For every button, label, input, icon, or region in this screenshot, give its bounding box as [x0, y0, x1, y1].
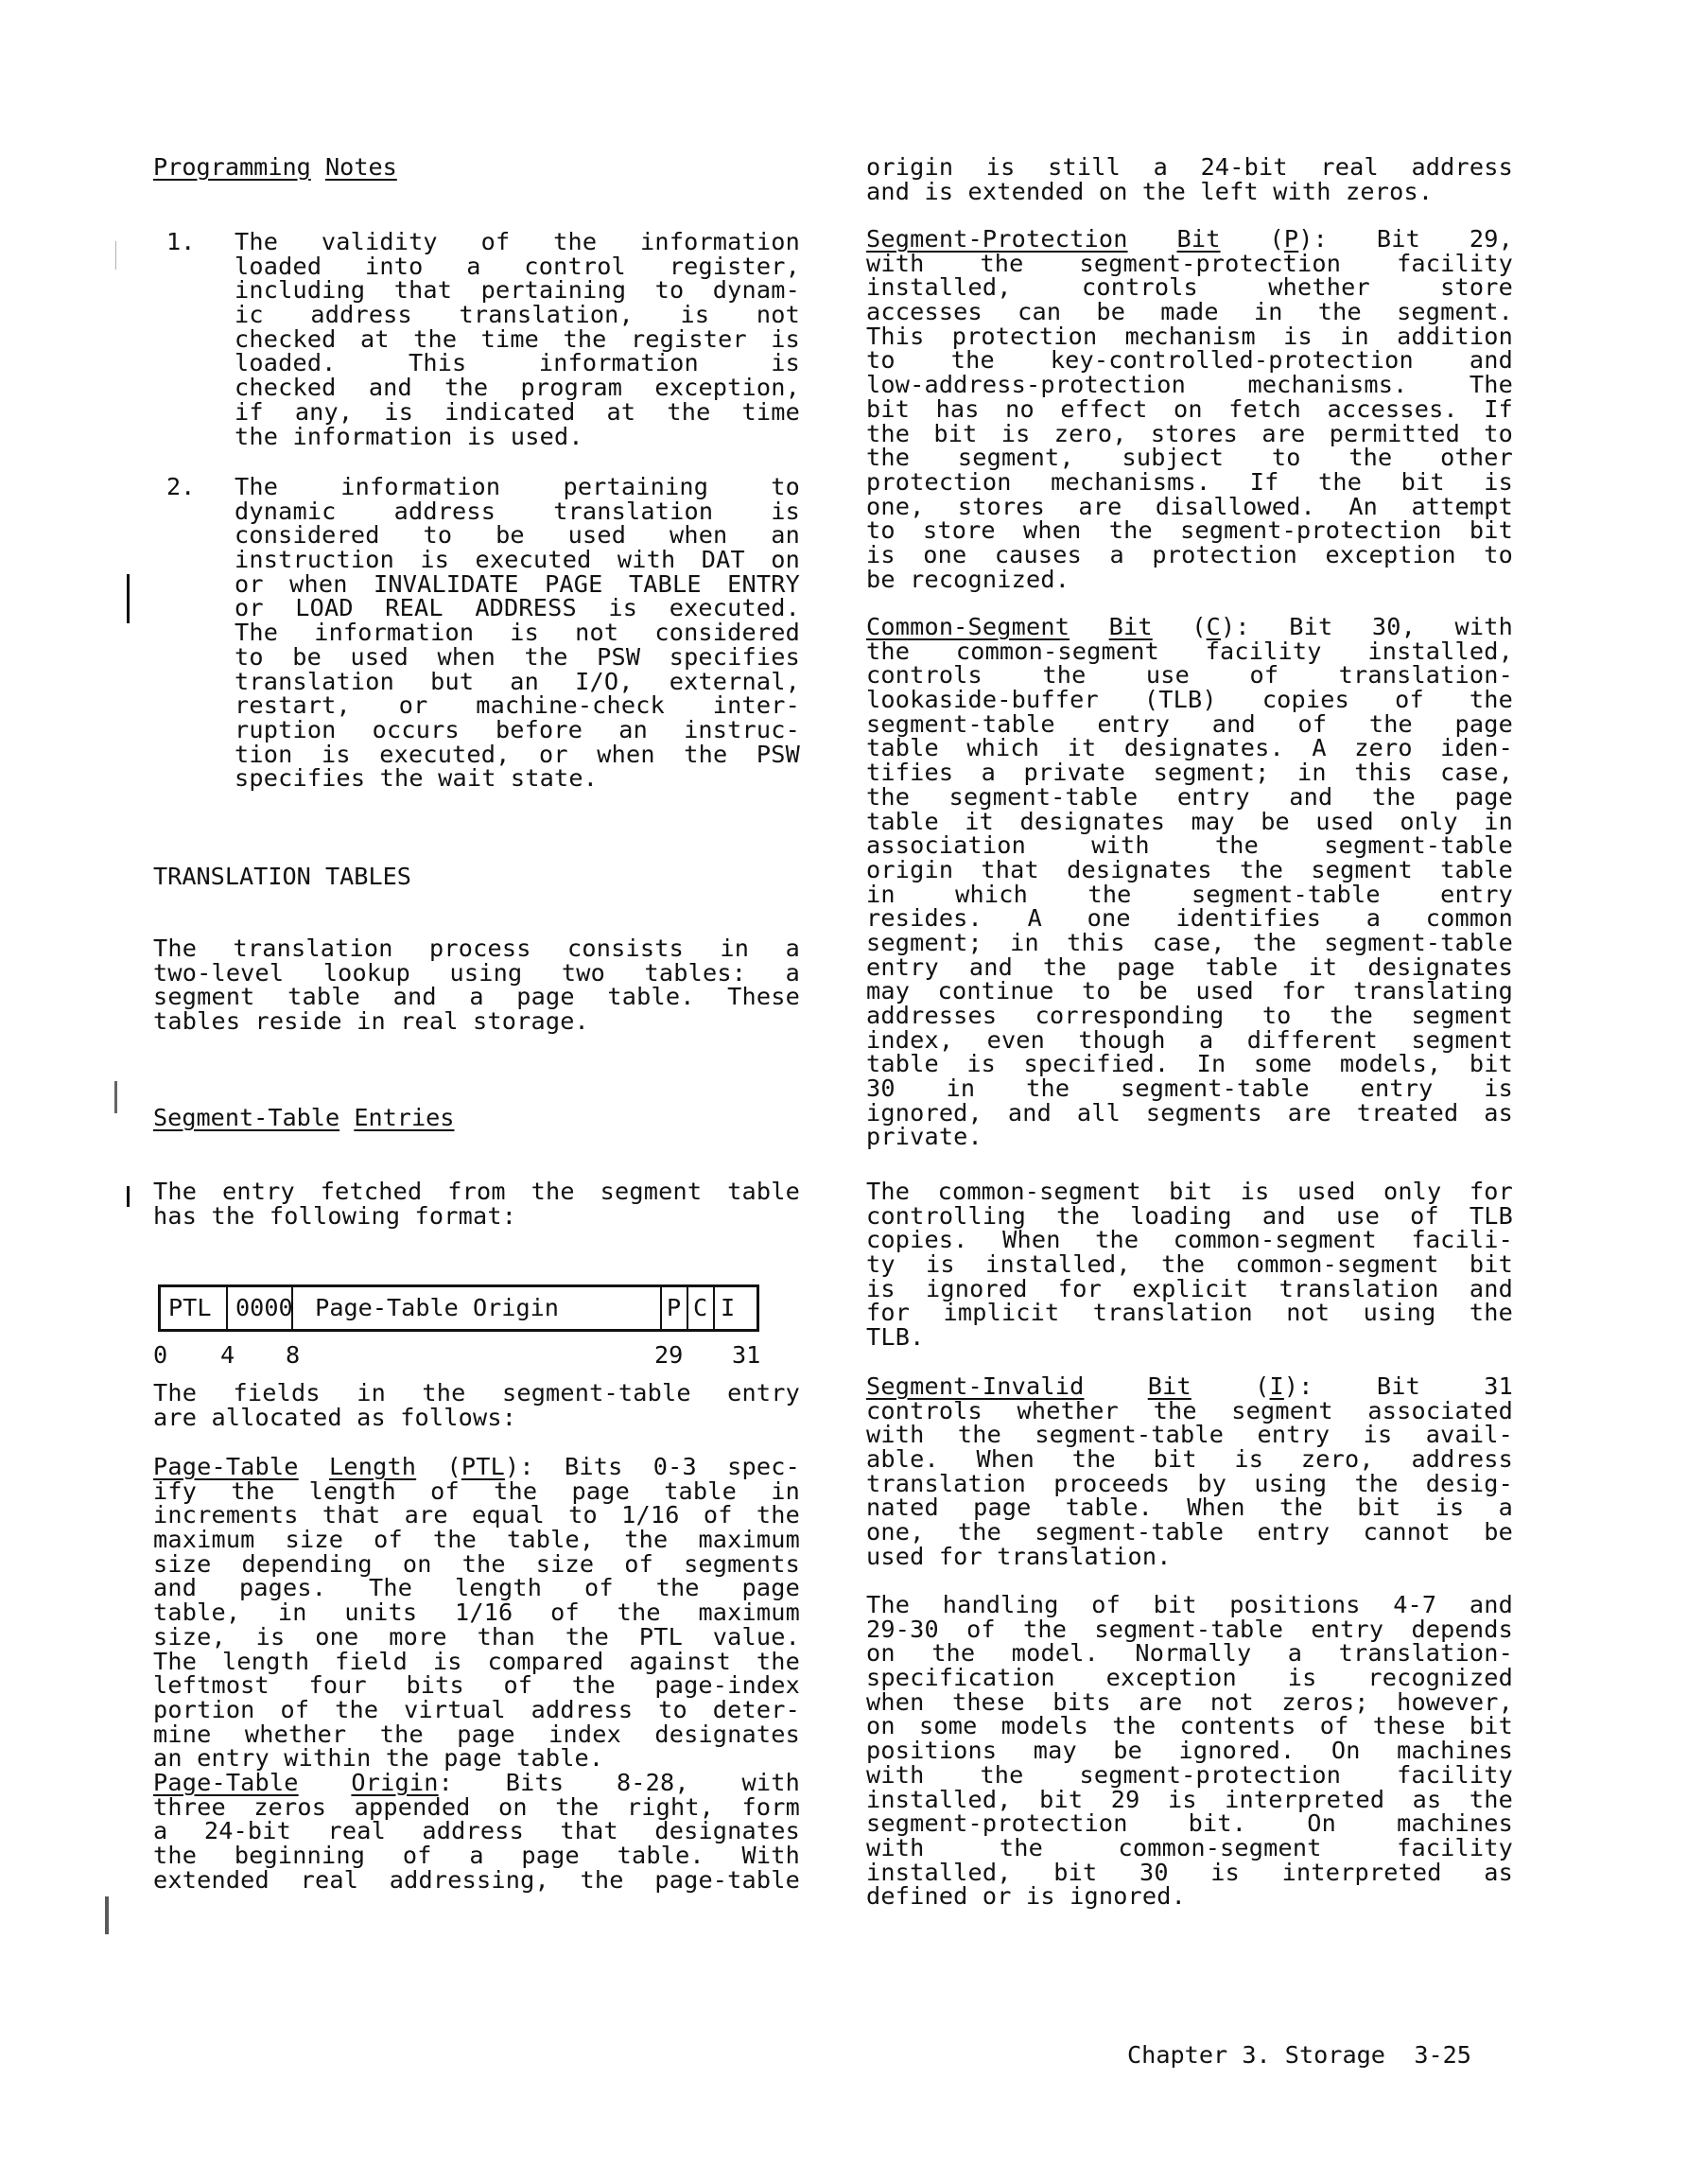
text-line: This protection mechanism is in addition [866, 324, 1513, 349]
text-line: to be used when the PSW specifies [235, 645, 800, 670]
text-line: size depending on the size of segments [153, 1552, 800, 1577]
text-line: tables reside in real storage. [153, 1009, 800, 1034]
scan-mark [105, 1896, 109, 1934]
text-line: The fields in the segment-table entry [153, 1381, 800, 1406]
text-line: translation but an I/O, external, [235, 670, 800, 694]
text-line: segment table and a page table. These [153, 985, 800, 1009]
text-line: one, the segment-table entry cannot be [866, 1520, 1513, 1545]
text-line: dynamic address translation is [235, 499, 800, 524]
text-line: accesses can be made in the segment. [866, 300, 1513, 324]
text-line: installed, bit 30 is interpreted as [866, 1861, 1513, 1885]
text-line: controlling the loading and use of TLB [866, 1204, 1513, 1229]
text-line: the common-segment facility installed, [866, 639, 1513, 664]
text-line: checked at the time the register is [235, 327, 800, 352]
text-line: with the segment-table entry is avail- [866, 1423, 1513, 1447]
text-line: leftmost four bits of the page-index [153, 1673, 800, 1698]
text-line: specification exception is recognized [866, 1666, 1513, 1690]
bit-number: 0 [153, 1343, 167, 1368]
programming-notes-heading: Programming Notes [153, 155, 800, 180]
common-segment-note-paragraph: The common-segment bit is used only forc… [866, 1179, 1513, 1350]
text-line: be recognized. [866, 568, 1513, 592]
definition-first-line: Page-Table Origin: Bits 8-28, with [153, 1771, 800, 1795]
text-line: lookaside-buffer (TLB) copies of the [866, 688, 1513, 712]
text-line: the information is used. [235, 425, 800, 449]
text-line: index, even though a different segment [866, 1028, 1513, 1053]
text-line: origin that designates the segment table [866, 858, 1513, 882]
text-line: bit has no effect on fetch accesses. If [866, 397, 1513, 422]
text-line: segment-table entry and of the page [866, 712, 1513, 737]
revision-change-bar [127, 1186, 130, 1207]
text-line: ruption occurs before an instruc- [235, 718, 800, 743]
text-line: on some models the contents of these bit [866, 1714, 1513, 1738]
field-p: P [662, 1287, 688, 1329]
text-line: The length field is compared against the [153, 1650, 800, 1674]
format-intro-paragraph: The entry fetched from the segment table… [153, 1179, 800, 1228]
field-i: I [715, 1287, 757, 1329]
definition-first-line: Page-Table Length (PTL): Bits 0-3 spec- [153, 1455, 800, 1479]
text-line: the segment, subject to the other [866, 446, 1513, 470]
section-heading-translation-tables: TRANSLATION TABLES [153, 865, 800, 889]
text-line: to store when the segment-protection bit [866, 518, 1513, 543]
text-line: low-address-protection mechanisms. The [866, 373, 1513, 397]
field-c: C [688, 1287, 715, 1329]
note-text: The information pertaining todynamic add… [235, 475, 800, 791]
chapter-title: Chapter 3. Storage [1127, 2041, 1385, 2069]
text-line: the segment-table entry and the page [866, 785, 1513, 810]
text-line: tifies a private segment; in this case, [866, 760, 1513, 785]
text-line: copies. When the common-segment facili- [866, 1228, 1513, 1252]
bit-number: 4 [220, 1343, 235, 1368]
text-line: three zeros appended on the right, form [153, 1795, 800, 1820]
programming-note-2: 2. The information pertaining todynamic … [153, 475, 800, 792]
text-line: able. When the bit is zero, address [866, 1447, 1513, 1472]
text-line: for implicit translation not using the [866, 1301, 1513, 1325]
text-line: controls whether the segment associated [866, 1399, 1513, 1424]
text-line: considered to be used when an [235, 523, 800, 548]
bit-handling-paragraph: The handling of bit positions 4-7 and29-… [866, 1593, 1513, 1909]
text-line: checked and the program exception, [235, 376, 800, 400]
text-line: entry and the page table it designates [866, 955, 1513, 980]
text-line: segment-protection bit. On machines [866, 1811, 1513, 1836]
text-line: when these bits are not zeros; however, [866, 1690, 1513, 1715]
text-line: restart, or machine-check inter- [235, 693, 800, 718]
text-line: has the following format: [153, 1204, 800, 1229]
text-line: loaded. This information is [235, 351, 800, 376]
text-line: translation proceeds by using the desig- [866, 1472, 1513, 1496]
text-line: in which the segment-table entry [866, 882, 1513, 907]
definition-first-line: Segment-Protection Bit (P): Bit 29, [866, 227, 1513, 252]
text-line: extended real addressing, the page-table [153, 1868, 800, 1893]
text-line: addresses corresponding to the segment [866, 1004, 1513, 1028]
text-line: The translation process consists in a [153, 936, 800, 961]
text-line: loaded into a control register, [235, 254, 800, 279]
text-line: The information pertaining to [235, 475, 800, 499]
text-line: installed, bit 29 is interpreted as the [866, 1788, 1513, 1812]
page-footer: Chapter 3. Storage 3-25 [1127, 2041, 1471, 2069]
text-line: a 24-bit real address that designates [153, 1819, 800, 1843]
text-line: increments that are equal to 1/16 of the [153, 1503, 800, 1528]
text-line: ic address translation, is not [235, 303, 800, 327]
text-line: ify the length of the page table in [153, 1479, 800, 1504]
bit-number: 8 [286, 1343, 300, 1368]
text-line: portion of the virtual address to deter- [153, 1698, 800, 1722]
programming-note-1: 1. The validity of the informationloaded… [153, 230, 800, 449]
fields-intro-paragraph: The fields in the segment-table entryare… [153, 1381, 800, 1429]
field-page-table-origin: Page-Table Origin [293, 1287, 662, 1329]
text-line: with the segment-protection facility [866, 252, 1513, 276]
text-line: to the key-controlled-protection and [866, 348, 1513, 373]
text-line: nated page table. When the bit is a [866, 1495, 1513, 1520]
text-line: if any, is indicated at the time [235, 400, 800, 425]
text-line: The information is not considered [235, 620, 800, 645]
text-line: specifies the wait state. [235, 766, 800, 791]
segment-protection-bit-definition: Segment-Protection Bit (P): Bit 29, with… [866, 227, 1513, 591]
text-line: with the common-segment facility [866, 1836, 1513, 1861]
text-line: may continue to be used for translating [866, 979, 1513, 1004]
text-line: the bit is zero, stores are permitted to [866, 422, 1513, 446]
bit-number: 31 [732, 1343, 760, 1368]
bit-number: 29 [654, 1343, 683, 1368]
text-line: resides. A one identifies a common [866, 906, 1513, 931]
field-box: PTL 0000 Page-Table Origin P C I [158, 1284, 759, 1332]
text-line: protection mechanisms. If the bit is [866, 470, 1513, 495]
segment-table-entry-format-diagram: PTL 0000 Page-Table Origin P C I 0 4 8 2… [153, 1284, 800, 1370]
text-line: used for translation. [866, 1545, 1513, 1569]
continuation-paragraph: origin is still a 24-bit real addressand… [866, 155, 1513, 203]
page-number: 3-25 [1414, 2041, 1471, 2069]
text-line: segment; in this case, the segment-table [866, 931, 1513, 955]
bit-number-row: 0 4 8 29 31 [153, 1343, 800, 1368]
note-number: 1. [166, 230, 195, 254]
text-line: TLB. [866, 1325, 1513, 1350]
text-line: defined or is ignored. [866, 1884, 1513, 1909]
text-line: an entry within the page table. [153, 1746, 800, 1771]
scan-mark [114, 1081, 117, 1113]
text-line: The validity of the information [235, 230, 800, 254]
text-line: installed, controls whether store [866, 275, 1513, 300]
text-line: tion is executed, or when the PSW [235, 743, 800, 767]
text-line: 29-30 of the segment-table entry depends [866, 1617, 1513, 1642]
text-line: controls the use of translation- [866, 663, 1513, 688]
scan-mark [115, 241, 116, 270]
text-line: and is extended on the left with zeros. [866, 180, 1513, 204]
note-number: 2. [166, 475, 195, 499]
text-line: maximum size of the table, the maximum [153, 1528, 800, 1552]
text-line: The entry fetched from the segment table [153, 1179, 800, 1204]
text-line: the beginning of a page table. With [153, 1843, 800, 1868]
text-line: origin is still a 24-bit real address [866, 155, 1513, 180]
text-line: table which it designates. A zero iden- [866, 736, 1513, 760]
text-line: and pages. The length of the page [153, 1576, 800, 1600]
common-segment-bit-definition: Common-Segment Bit (C): Bit 30, with the… [866, 615, 1513, 1149]
text-line: including that pertaining to dynam- [235, 278, 800, 303]
text-line: ty is installed, the common-segment bit [866, 1252, 1513, 1277]
text-line: table it designates may be used only in [866, 810, 1513, 834]
segment-invalid-bit-definition: Segment-Invalid Bit (I): Bit 31 controls… [866, 1374, 1513, 1569]
field-zeros: 0000 [228, 1287, 293, 1329]
page-table-origin-definition: Page-Table Origin: Bits 8-28, with three… [153, 1771, 800, 1892]
ptl-definition: Page-Table Length (PTL): Bits 0-3 spec- … [153, 1455, 800, 1771]
text-line: The handling of bit positions 4-7 and [866, 1593, 1513, 1617]
field-ptl: PTL [161, 1287, 228, 1329]
text-line: positions may be ignored. On machines [866, 1738, 1513, 1763]
text-line: table, in units 1/16 of the maximum [153, 1600, 800, 1625]
text-line: on the model. Normally a translation- [866, 1641, 1513, 1666]
text-line: mine whether the page index designates [153, 1722, 800, 1747]
text-line: is ignored for explicit translation and [866, 1277, 1513, 1302]
text-line: size, is one more than the PTL value. [153, 1625, 800, 1650]
definition-first-line: Common-Segment Bit (C): Bit 30, with [866, 615, 1513, 639]
translation-intro-paragraph: The translation process consists in atwo… [153, 936, 800, 1034]
text-line: or when INVALIDATE PAGE TABLE ENTRY [235, 572, 800, 597]
text-line: or LOAD REAL ADDRESS is executed. [235, 596, 800, 620]
text-line: is one causes a protection exception to [866, 543, 1513, 568]
segment-table-entries-heading: Segment-Table Entries [153, 1106, 800, 1130]
text-line: table is specified. In some models, bit [866, 1052, 1513, 1076]
text-line: ignored, and all segments are treated as [866, 1101, 1513, 1126]
text-line: are allocated as follows: [153, 1406, 800, 1430]
text-line: 30 in the segment-table entry is [866, 1076, 1513, 1101]
note-text: The validity of the informationloaded in… [235, 230, 800, 448]
revision-change-bar [127, 574, 130, 623]
text-line: two-level lookup using two tables: a [153, 961, 800, 986]
text-line: one, stores are disallowed. An attempt [866, 495, 1513, 519]
text-line: The common-segment bit is used only for [866, 1179, 1513, 1204]
text-line: with the segment-protection facility [866, 1763, 1513, 1788]
text-line: private. [866, 1125, 1513, 1149]
text-line: instruction is executed with DAT on [235, 548, 800, 572]
text-line: association with the segment-table [866, 833, 1513, 858]
definition-first-line: Segment-Invalid Bit (I): Bit 31 [866, 1374, 1513, 1399]
